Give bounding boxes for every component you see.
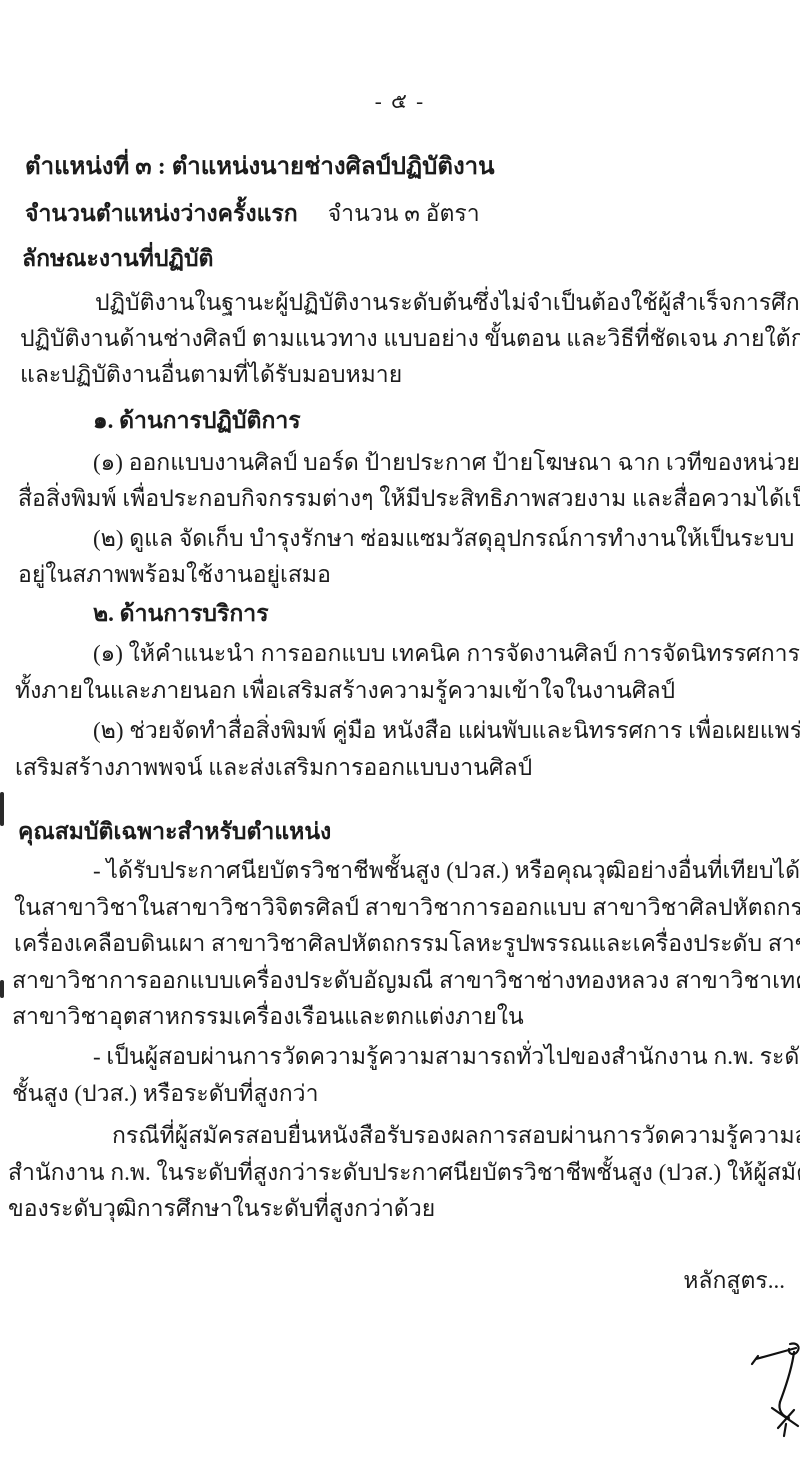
qualification-1-line-3: เครื่องเคลือบดินเผา สาขาวิชาศิลปหัตถกรรม… bbox=[14, 929, 800, 959]
section-2-item-2-line-1: (๒) ช่วยจัดทำสื่อสิ่งพิมพ์ คู่มือ หนังสื… bbox=[93, 716, 800, 746]
qualification-2-line-1: - เป็นผู้สอบผ่านการวัดความรู้ความสามารถท… bbox=[93, 1042, 800, 1072]
section-2-heading: ๒. ด้านการบริการ bbox=[93, 599, 269, 629]
vacancy-label: จำนวนตำแหน่งว่างครั้งแรก bbox=[25, 201, 298, 226]
qualification-2-line-2: ชั้นสูง (ปวส.) หรือระดับที่สูงกว่า bbox=[12, 1079, 318, 1109]
qualification-1-line-5: สาขาวิชาอุตสาหกรรมเครื่องเรือนและตกแต่งภ… bbox=[12, 1002, 524, 1032]
section-1-item-2-line-1: (๒) ดูแล จัดเก็บ บำรุงรักษา ซ่อมแซมวัสดุ… bbox=[93, 524, 800, 554]
section-1-heading: ๑. ด้านการปฏิบัติการ bbox=[93, 406, 301, 436]
qualification-1-line-2: ในสาขาวิชาในสาขาวิชาวิจิตรศิลป์ สาขาวิชา… bbox=[14, 893, 800, 923]
job-description-heading: ลักษณะงานที่ปฏิบัติ bbox=[22, 244, 213, 274]
document-page: - ๕ - ตำแหน่งที่ ๓ : ตำแหน่งนายช่างศิลป์… bbox=[0, 0, 800, 1458]
qualification-note-line-1: กรณีที่ผู้สมัครสอบยื่นหนังสือรับรองผลการ… bbox=[112, 1121, 800, 1151]
section-1-item-1-line-1: (๑) ออกแบบงานศิลป์ บอร์ด ป้ายประกาศ ป้าย… bbox=[93, 448, 800, 478]
section-2-item-1-line-1: (๑) ให้คำแนะนำ การออกแบบ เทคนิค การจัดงา… bbox=[93, 639, 800, 669]
vacancy-value: จำนวน ๓ อัตรา bbox=[328, 201, 480, 226]
qualification-1-line-4: สาขาวิชาการออกแบบเครื่องประดับอัญมณี สาข… bbox=[12, 966, 800, 996]
intro-line-3: และปฏิบัติงานอื่นตามที่ได้รับมอบหมาย bbox=[20, 360, 402, 390]
section-1-item-1-line-2: สื่อสิ่งพิมพ์ เพื่อประกอบกิจกรรมต่างๆ ให… bbox=[18, 484, 800, 514]
vacancy-line: จำนวนตำแหน่งว่างครั้งแรกจำนวน ๓ อัตรา bbox=[25, 199, 480, 229]
section-2-item-2-line-2: เสริมสร้างภาพพจน์ และส่งเสริมการออกแบบงา… bbox=[15, 753, 532, 783]
position-title: ตำแหน่งที่ ๓ : ตำแหน่งนายช่างศิลป์ปฏิบัต… bbox=[25, 152, 495, 182]
section-2-item-1-line-2: ทั้งภายในและภายนอก เพื่อเสริมสร้างความรู… bbox=[15, 676, 675, 706]
qualification-note-line-2: สำนักงาน ก.พ. ในระดับที่สูงกว่าระดับประก… bbox=[8, 1158, 800, 1188]
intro-line-2: ปฏิบัติงานด้านช่างศิลป์ ตามแนวทาง แบบอย่… bbox=[20, 324, 800, 354]
scan-artifact bbox=[0, 980, 4, 998]
scan-artifact bbox=[0, 792, 4, 826]
signature-mark bbox=[742, 1328, 800, 1443]
intro-line-1: ปฏิบัติงานในฐานะผู้ปฏิบัติงานระดับต้นซึ่… bbox=[95, 288, 800, 318]
section-1-item-2-line-2: อยู่ในสภาพพร้อมใช้งานอยู่เสมอ bbox=[18, 560, 331, 590]
qualification-1-line-1: - ได้รับประกาศนียบัตรวิชาชีพชั้นสูง (ปวส… bbox=[93, 856, 800, 886]
qualification-note-line-3: ของระดับวุฒิการศึกษาในระดับที่สูงกว่าด้ว… bbox=[8, 1194, 435, 1224]
qualifications-heading: คุณสมบัติเฉพาะสำหรับตำแหน่ง bbox=[18, 817, 331, 847]
page-number: - ๕ - bbox=[0, 86, 800, 116]
footer-continuation: หลักสูตร... bbox=[683, 1266, 785, 1296]
